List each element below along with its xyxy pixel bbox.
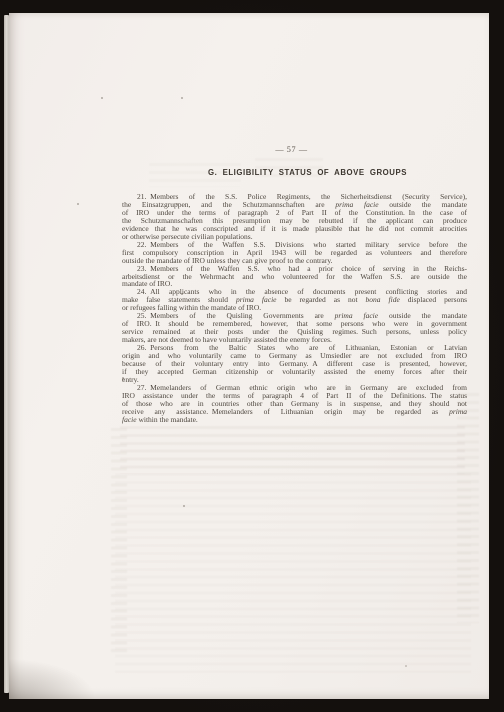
paragraph-26: 26. Persons from the Baltic States who a… [122,344,467,384]
paper-speck [77,203,79,205]
paragraph-23: 23. Members of the Waffen S.S. who had a… [122,265,467,289]
paper-speck [405,665,407,667]
paragraph-24: 24. All applicants who in the absence of… [122,288,467,312]
paragraph-21: 21. Members of the S.S. Police Regiments… [122,193,467,241]
paper-speck [183,505,185,507]
document-body: 21. Members of the S.S. Police Regiments… [122,193,467,424]
bleed-through-block [115,473,471,673]
paragraph-22: 22. Members of the Waffen S.S. Divisions… [122,241,467,265]
page-number: — 57 — [119,145,464,154]
page-corner-shadow [9,657,99,699]
section-heading: G. ELIGIBILITY STATUS OF ABOVE GROUPS [135,168,480,177]
scan-background: — 57 — G. ELIGIBILITY STATUS OF ABOVE GR… [0,0,504,712]
paper-speck [101,97,103,99]
text-line: facie within the mandate. [122,416,467,424]
bleed-through-block [120,426,465,474]
text-line: arbeitsdienst or the Wehrmacht and who v… [122,273,467,281]
text-line: if they accepted German citizenship or v… [122,368,467,376]
paragraph-27: 27. Memelanders of German ethnic origin … [122,384,467,424]
document-page: — 57 — G. ELIGIBILITY STATUS OF ABOVE GR… [9,13,489,699]
paper-speck [181,97,183,99]
paragraph-25: 25. Members of the Quisling Governments … [122,312,467,344]
